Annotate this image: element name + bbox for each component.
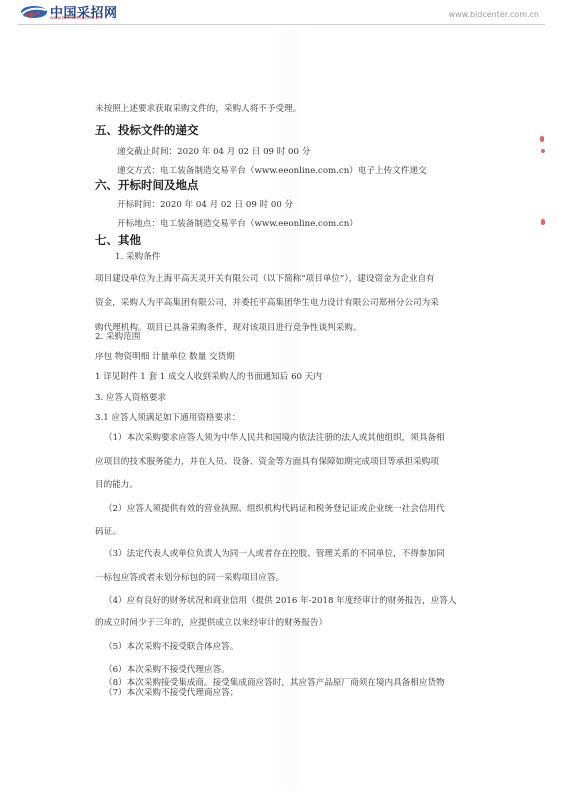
- seal-mark: [541, 219, 545, 225]
- doc-line: （1）本次采购要求应答人须为中华人民共和国境内依法注册的法人或其他组织，须具备相: [104, 431, 445, 443]
- doc-line: 应项目的技术服务能力，并在人员、设备、资金等方面具有保障如期完成项目等承担采购项: [95, 455, 439, 467]
- section-heading: 六、开标时间及地点: [95, 177, 199, 193]
- doc-line: 递交截止时间：2020 年 04 月 02 日 09 时 00 分: [117, 145, 310, 157]
- doc-line: 递交方式：电工装备制造交易平台（www.eeonline.com.cn）电子上传…: [117, 164, 427, 176]
- document-page: 未按照上述要求获取采购文件的，采购人将不予受理。 五、投标文件的递交 递交截止时…: [0, 0, 565, 800]
- doc-line: （4）应有良好的财务状况和商业信用（提供 2016 年-2018 年度经审计的财…: [104, 594, 457, 606]
- doc-line: 2. 采购范围: [95, 330, 140, 342]
- doc-line: （6）本次采购不接受代理应答。: [104, 663, 230, 675]
- doc-line: 1 详见附件 1 套 1 成交人收到采购人的书面通知后 60 天内: [95, 370, 322, 382]
- doc-line: 一标包应答或者未划分标包的同一采购项目应答。: [95, 571, 284, 583]
- doc-line: （3）法定代表人或单位负责人为同一人或者存在控股、管理关系的不同单位，不得参加同: [104, 547, 445, 559]
- doc-line: 序包 物资明细 计量单位 数量 交货期: [95, 350, 235, 362]
- doc-line: （5）本次采购不接受联合体应答。: [104, 640, 238, 652]
- seal-mark: [541, 149, 545, 153]
- doc-line: （2）应答人须提供有效的营业执照、组织机构代码证和税务登记证或企业统一社会信用代: [104, 502, 445, 514]
- doc-line: 资金，采购人为平高集团有限公司，并委托平高集团华生电力设计有限公司郑州分公司为采: [95, 296, 439, 308]
- doc-line: 的成立时间少于三年的，应提供成立以来经审计的财务报告）: [95, 616, 327, 628]
- section-heading: 七、其他: [95, 232, 141, 248]
- section-heading: 五、投标文件的递交: [95, 122, 199, 138]
- doc-line: 3.1 应答人须满足如下通用资格要求：: [95, 411, 240, 423]
- doc-line: 目的能力。: [95, 478, 138, 490]
- intro-line: 未按照上述要求获取采购文件的，采购人将不予受理。: [95, 102, 301, 114]
- doc-line: 1. 采购条件: [115, 250, 160, 262]
- doc-line: 码证。: [95, 525, 121, 537]
- doc-line: 开标地点：电工装备制造交易平台（www.eeonline.com.cn）: [117, 217, 358, 229]
- doc-line: 3. 应答人资格要求: [95, 391, 166, 403]
- seal-mark: [540, 136, 544, 142]
- doc-line: 项目建设单位为上海平高天灵开关有限公司（以下简称“项目单位”），建设资金为企业自…: [95, 272, 435, 284]
- doc-line: （8）本次采购接受集成商。接受集成商应答时，其应答产品原厂商须在境内具备相应货物: [104, 676, 445, 688]
- doc-line: 开标时间：2020 年 04 月 02 日 09 时 00 分: [117, 198, 293, 210]
